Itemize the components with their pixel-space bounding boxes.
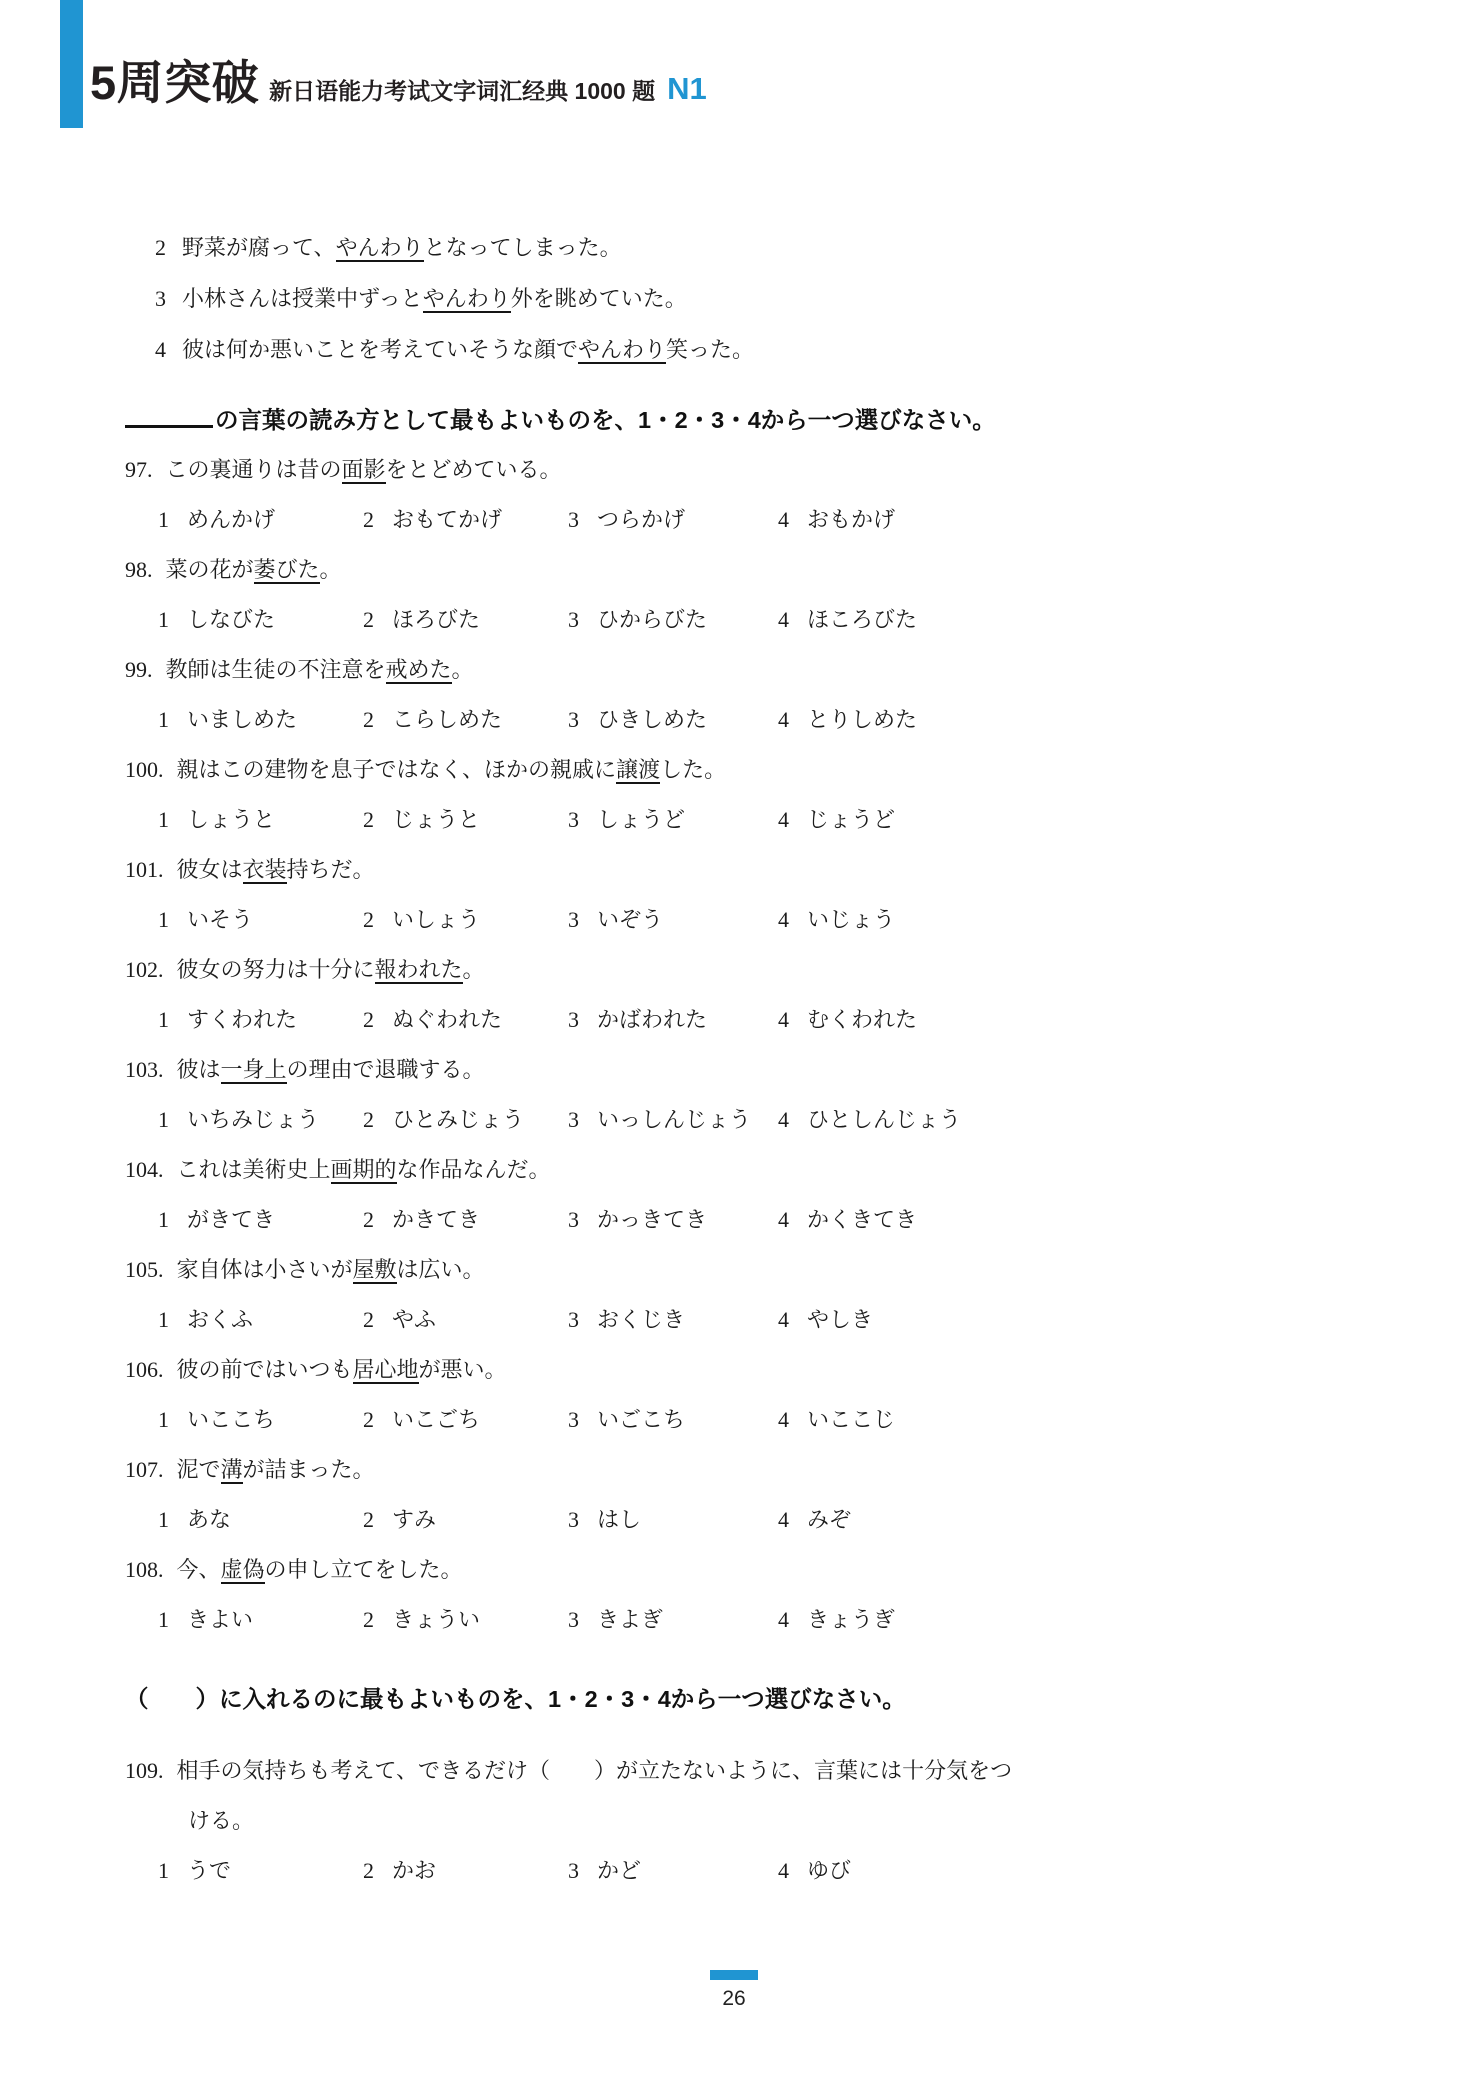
option-text: めんかげ <box>187 507 275 532</box>
sentence-post: が詰まった。 <box>243 1457 375 1482</box>
question-number: 103. <box>125 1045 164 1095</box>
question-sentence: 106.彼の前ではいつも居心地が悪い。 <box>125 1345 1355 1395</box>
option-text: ほろびた <box>392 607 480 632</box>
question-item: 107.泥で溝が詰まった。1あな2すみ3はし4みぞ <box>125 1445 1355 1545</box>
sentence-pre: 彼女は <box>177 857 243 882</box>
option-number: 1 <box>158 1207 169 1232</box>
question-text: 菜の花が萎びた。 <box>166 545 1356 595</box>
question-number: 100. <box>125 745 164 795</box>
option-number: 2 <box>363 1207 374 1232</box>
option: 2ほろびた <box>363 595 568 645</box>
option-text: ひとしんじょう <box>807 1107 961 1132</box>
option: 1きよい <box>158 1595 363 1645</box>
sentence-pre: 彼は何か悪いことを考えていそうな顔で <box>182 337 578 362</box>
question-sentence: 109. 相手の気持ちも考えて、できるだけ（ ）が立たないように、言葉には十分気… <box>125 1746 1355 1796</box>
option-number: 1 <box>158 1007 169 1032</box>
option-text: おもてかげ <box>392 507 502 532</box>
section1-instruction: の言葉の読み方として最もよいものを、1・2・3・4から一つ選びなさい。 <box>125 401 1355 439</box>
option: 4みぞ <box>778 1495 851 1545</box>
option-text: いましめた <box>187 707 297 732</box>
option: 2じょうと <box>363 795 568 845</box>
question-item: 106.彼の前ではいつも居心地が悪い。1いここち2いこごち3いごこち4いここじ <box>125 1345 1355 1445</box>
option-text: ほころびた <box>807 607 917 632</box>
option: 4やしき <box>778 1295 873 1345</box>
page-content: 2野菜が腐って、やんわりとなってしまった。3小林さんは授業中ずっとやんわり外を眺… <box>125 222 1355 1896</box>
sentence-pre: 野菜が腐って、 <box>182 235 336 260</box>
underlined-word: やんわり <box>578 337 666 364</box>
page-footer: 26 <box>0 1970 1468 2011</box>
option-text: やふ <box>392 1307 436 1332</box>
option: 1あな <box>158 1495 363 1545</box>
option: 3おくじき <box>568 1295 778 1345</box>
sentence-pre: 家自体は小さいが <box>177 1257 353 1282</box>
option-text: いこごち <box>392 1407 480 1432</box>
option-text: いそう <box>187 907 253 932</box>
option: 3はし <box>568 1495 778 1545</box>
option-number: 4 <box>778 1507 789 1532</box>
option-number: 3 <box>568 807 579 832</box>
option-text: かど <box>597 1858 641 1883</box>
option-text: いっしんじょう <box>597 1107 751 1132</box>
sentence-post: は広い。 <box>397 1257 485 1282</box>
option-text: きょうぎ <box>807 1607 895 1632</box>
options-row: 1あな2すみ3はし4みぞ <box>125 1495 1355 1545</box>
option-number: 2 <box>363 607 374 632</box>
sentence-post: した。 <box>660 757 726 782</box>
option-number: 3 <box>568 707 579 732</box>
option-number: 3 <box>568 607 579 632</box>
option-number: 2 <box>363 1107 374 1132</box>
option: 2いこごち <box>363 1395 568 1445</box>
option: 2いしょう <box>363 895 568 945</box>
option: 1しょうと <box>158 795 363 845</box>
sentence-pre: 彼は <box>177 1057 221 1082</box>
option-text: じょうと <box>392 807 480 832</box>
question-number: 99. <box>125 645 153 695</box>
question-item: 98.菜の花が萎びた。1しなびた2ほろびた3ひからびた4ほころびた <box>125 545 1355 645</box>
question-109-options: 1うで2かお3かど4ゆび <box>125 1846 1355 1896</box>
question-sentence: 104.これは美術史上画期的な作品なんだ。 <box>125 1145 1355 1195</box>
underlined-word: 屋敷 <box>353 1257 397 1284</box>
question-sentence: 103.彼は一身上の理由で退職する。 <box>125 1045 1355 1095</box>
option-number: 3 <box>568 1858 579 1883</box>
option: 1がきてき <box>158 1195 363 1245</box>
question-sentence: 108.今、虚偽の申し立てをした。 <box>125 1545 1355 1595</box>
question-sentence: 102.彼女の努力は十分に報われた。 <box>125 945 1355 995</box>
option-text: いここじ <box>807 1407 895 1432</box>
option-number: 2 <box>363 1307 374 1332</box>
option-text: あな <box>187 1507 231 1532</box>
sentence-post: 。 <box>320 557 342 582</box>
option: 3ひきしめた <box>568 695 778 745</box>
option-number: 4 <box>778 1407 789 1432</box>
option-text: きょうい <box>392 1607 480 1632</box>
option: 2すみ <box>363 1495 568 1545</box>
sentence-post: 持ちだ。 <box>287 857 375 882</box>
option-text: うで <box>187 1858 231 1883</box>
underlined-word: 報われた <box>375 957 463 984</box>
question-item: 102.彼女の努力は十分に報われた。1すくわれた2ぬぐわれた3かばわれた4むくわ… <box>125 945 1355 1045</box>
sentence-post: をとどめている。 <box>386 457 562 482</box>
question-text: 家自体は小さいが屋敷は広い。 <box>177 1245 1356 1295</box>
options-row: 1いそう2いしょう3いぞう4いじょう <box>125 895 1355 945</box>
option-text: おもかげ <box>807 507 895 532</box>
options-row: 1いましめた2こらしめた3ひきしめた4とりしめた <box>125 695 1355 745</box>
sentence-post: 笑った。 <box>666 337 754 362</box>
option: 2ぬぐわれた <box>363 995 568 1045</box>
option: 3つらかげ <box>568 495 778 545</box>
option-number: 1 <box>158 1858 169 1883</box>
carryover-item: 4彼は何か悪いことを考えていそうな顔でやんわり笑った。 <box>125 324 1355 375</box>
option: 3かど <box>568 1846 778 1896</box>
sentence-pre: 菜の花が <box>166 557 254 582</box>
carryover-sentence: 小林さんは授業中ずっとやんわり外を眺めていた。 <box>182 273 687 324</box>
question-text: 今、虚偽の申し立てをした。 <box>177 1545 1356 1595</box>
carryover-number: 4 <box>155 324 166 375</box>
question-sentence: 101.彼女は衣装持ちだ。 <box>125 845 1355 895</box>
question-sentence: 100.親はこの建物を息子ではなく、ほかの親戚に譲渡した。 <box>125 745 1355 795</box>
question-list: 97.この裏通りは昔の面影をとどめている。1めんかげ2おもてかげ3つらかげ4おも… <box>125 445 1355 1645</box>
sentence-pre: 泥で <box>177 1457 221 1482</box>
option-text: おくじき <box>597 1307 685 1332</box>
options-row: 1いちみじょう2ひとみじょう3いっしんじょう4ひとしんじょう <box>125 1095 1355 1145</box>
option-text: ひとみじょう <box>392 1107 524 1132</box>
option-number: 1 <box>158 1507 169 1532</box>
option-text: すみ <box>392 1507 436 1532</box>
options-row: 1うで2かお3かど4ゆび <box>125 1846 1355 1896</box>
level-badge: N1 <box>667 71 707 107</box>
sentence-post: 。 <box>452 657 474 682</box>
option-text: いここち <box>187 1407 275 1432</box>
sentence-post: 外を眺めていた。 <box>511 286 687 311</box>
question-sentence: 98.菜の花が萎びた。 <box>125 545 1355 595</box>
option-text: きよい <box>187 1607 253 1632</box>
question-number: 102. <box>125 945 164 995</box>
option-number: 4 <box>778 607 789 632</box>
option-text: みぞ <box>807 1507 851 1532</box>
option: 2やふ <box>363 1295 568 1345</box>
option: 3かばわれた <box>568 995 778 1045</box>
option: 4いじょう <box>778 895 895 945</box>
option-text: ひからびた <box>597 607 707 632</box>
question-text: 親はこの建物を息子ではなく、ほかの親戚に譲渡した。 <box>177 745 1356 795</box>
carryover-sentence: 野菜が腐って、やんわりとなってしまった。 <box>182 222 622 273</box>
question-sentence: 107.泥で溝が詰まった。 <box>125 1445 1355 1495</box>
question-109: 109. 相手の気持ちも考えて、できるだけ（ ）が立たないように、言葉には十分気… <box>125 1746 1355 1896</box>
option: 3しょうど <box>568 795 778 845</box>
option-text: すくわれた <box>187 1007 297 1032</box>
question-text: 彼女は衣装持ちだ。 <box>177 845 1356 895</box>
question-text: 泥で溝が詰まった。 <box>177 1445 1356 1495</box>
options-row: 1めんかげ2おもてかげ3つらかげ4おもかげ <box>125 495 1355 545</box>
options-row: 1きよい2きょうい3きよぎ4きょうぎ <box>125 1595 1355 1645</box>
underlined-word: 虚偽 <box>221 1557 265 1584</box>
sentence-post: が悪い。 <box>419 1357 507 1382</box>
carryover-item: 2野菜が腐って、やんわりとなってしまった。 <box>125 222 1355 273</box>
option: 2かお <box>363 1846 568 1896</box>
option-number: 3 <box>568 1007 579 1032</box>
option-text: ゆび <box>807 1858 851 1883</box>
option-text: かばわれた <box>597 1007 707 1032</box>
question-text: 教師は生徒の不注意を戒めた。 <box>166 645 1356 695</box>
option-number: 2 <box>363 1858 374 1883</box>
option-number: 3 <box>568 507 579 532</box>
section2-instruction: （ ）に入れるのに最もよいものを、1・2・3・4から一つ選びなさい。 <box>125 1680 1355 1718</box>
question-text-line2: ける。 <box>125 1796 1355 1846</box>
option: 1うで <box>158 1846 363 1896</box>
option: 2かきてき <box>363 1195 568 1245</box>
option-number: 3 <box>568 907 579 932</box>
option-text: いぞう <box>597 907 663 932</box>
question-sentence: 99.教師は生徒の不注意を戒めた。 <box>125 645 1355 695</box>
option: 1いそう <box>158 895 363 945</box>
option-number: 4 <box>778 1307 789 1332</box>
option: 1すくわれた <box>158 995 363 1045</box>
option: 2こらしめた <box>363 695 568 745</box>
option: 4じょうど <box>778 795 895 845</box>
sentence-pre: 今、 <box>177 1557 221 1582</box>
option-number: 3 <box>568 1107 579 1132</box>
option-number: 2 <box>363 1607 374 1632</box>
question-number: 109. <box>125 1746 164 1796</box>
option: 4きょうぎ <box>778 1595 895 1645</box>
book-header: 5周突破 新日语能力考试文字词汇经典 1000 题 N1 <box>90 46 707 113</box>
option-text: こらしめた <box>392 707 502 732</box>
option-number: 1 <box>158 607 169 632</box>
option-number: 1 <box>158 1607 169 1632</box>
option-text: いちみじょう <box>187 1107 319 1132</box>
option: 1めんかげ <box>158 495 363 545</box>
option-number: 1 <box>158 707 169 732</box>
option: 4むくわれた <box>778 995 917 1045</box>
textbook-page: 5周突破 新日语能力考试文字词汇经典 1000 题 N1 2野菜が腐って、やんわ… <box>0 0 1468 2075</box>
underlined-word: 戒めた <box>386 657 452 684</box>
option: 3ひからびた <box>568 595 778 645</box>
question-sentence: 97.この裏通りは昔の面影をとどめている。 <box>125 445 1355 495</box>
question-item: 104.これは美術史上画期的な作品なんだ。1がきてき2かきてき3かっきてき4かく… <box>125 1145 1355 1245</box>
option: 2ひとみじょう <box>363 1095 568 1145</box>
option-text: かお <box>392 1858 436 1883</box>
option-number: 4 <box>778 707 789 732</box>
question-item: 101.彼女は衣装持ちだ。1いそう2いしょう3いぞう4いじょう <box>125 845 1355 945</box>
option-number: 1 <box>158 907 169 932</box>
option: 3かっきてき <box>568 1195 778 1245</box>
option-number: 4 <box>778 507 789 532</box>
carryover-options: 2野菜が腐って、やんわりとなってしまった。3小林さんは授業中ずっとやんわり外を眺… <box>125 222 1355 375</box>
option: 4ほころびた <box>778 595 917 645</box>
question-number: 104. <box>125 1145 164 1195</box>
option-text: はし <box>597 1507 641 1532</box>
option: 4とりしめた <box>778 695 917 745</box>
sentence-post: な作品なんだ。 <box>397 1157 551 1182</box>
question-number: 106. <box>125 1345 164 1395</box>
question-number: 108. <box>125 1545 164 1595</box>
underlined-word: 居心地 <box>353 1357 419 1384</box>
sentence-pre: これは美術史上 <box>177 1157 331 1182</box>
option: 1いここち <box>158 1395 363 1445</box>
underlined-word: 譲渡 <box>616 757 660 784</box>
option-text: しょうど <box>597 807 685 832</box>
option: 4いここじ <box>778 1395 895 1445</box>
options-row: 1いここち2いこごち3いごこち4いここじ <box>125 1395 1355 1445</box>
option-number: 1 <box>158 1307 169 1332</box>
option-text: おくふ <box>187 1307 253 1332</box>
underlined-word: やんわり <box>423 286 511 313</box>
carryover-number: 3 <box>155 273 166 324</box>
sentence-pre: この裏通りは昔の <box>166 457 342 482</box>
option-text: がきてき <box>187 1207 275 1232</box>
option-number: 3 <box>568 1307 579 1332</box>
question-item: 99.教師は生徒の不注意を戒めた。1いましめた2こらしめた3ひきしめた4とりしめ… <box>125 645 1355 745</box>
sentence-post: となってしまった。 <box>424 235 622 260</box>
option: 2おもてかげ <box>363 495 568 545</box>
option-number: 2 <box>363 807 374 832</box>
option-number: 2 <box>363 1007 374 1032</box>
underlined-word: 溝 <box>221 1457 243 1484</box>
section2-text: （ ）に入れるのに最もよいものを、1・2・3・4から一つ選びなさい。 <box>125 1686 906 1712</box>
option: 4ゆび <box>778 1846 851 1896</box>
option-number: 4 <box>778 907 789 932</box>
option: 4ひとしんじょう <box>778 1095 961 1145</box>
book-subtitle: 新日语能力考试文字词汇经典 1000 题 <box>269 73 655 106</box>
option-number: 3 <box>568 1507 579 1532</box>
question-number: 98. <box>125 545 153 595</box>
option-number: 4 <box>778 1207 789 1232</box>
option: 4おもかげ <box>778 495 895 545</box>
option-text: いしょう <box>392 907 480 932</box>
option-text: とりしめた <box>807 707 917 732</box>
option-text: しょうと <box>187 807 275 832</box>
underlined-word: やんわり <box>336 235 424 262</box>
option-number: 2 <box>363 907 374 932</box>
sentence-post: 。 <box>463 957 485 982</box>
underlined-word: 一身上 <box>221 1057 287 1084</box>
option: 1おくふ <box>158 1295 363 1345</box>
question-text: この裏通りは昔の面影をとどめている。 <box>166 445 1356 495</box>
series-title: 5周突破 <box>90 46 259 113</box>
option-text: しなびた <box>187 607 275 632</box>
option: 4かくきてき <box>778 1195 917 1245</box>
option: 1しなびた <box>158 595 363 645</box>
option-text: いごこち <box>597 1407 685 1432</box>
sentence-pre: 彼の前ではいつも <box>177 1357 353 1382</box>
option-number: 2 <box>363 507 374 532</box>
underlined-word: 面影 <box>342 457 386 484</box>
carryover-number: 2 <box>155 222 166 273</box>
option: 1いちみじょう <box>158 1095 363 1145</box>
header-accent-bar <box>60 0 83 128</box>
option-text: つらかげ <box>597 507 685 532</box>
option-number: 4 <box>778 807 789 832</box>
option: 3きよぎ <box>568 1595 778 1645</box>
option-number: 4 <box>778 1607 789 1632</box>
option-text: かくきてき <box>807 1207 917 1232</box>
option-text: じょうど <box>807 807 895 832</box>
question-item: 97.この裏通りは昔の面影をとどめている。1めんかげ2おもてかげ3つらかげ4おも… <box>125 445 1355 545</box>
option-number: 3 <box>568 1407 579 1432</box>
sentence-pre: 小林さんは授業中ずっと <box>182 286 423 311</box>
sentence-post: の申し立てをした。 <box>265 1557 463 1582</box>
option-number: 4 <box>778 1107 789 1132</box>
question-item: 108.今、虚偽の申し立てをした。1きよい2きょうい3きよぎ4きょうぎ <box>125 1545 1355 1645</box>
options-row: 1おくふ2やふ3おくじき4やしき <box>125 1295 1355 1345</box>
option-number: 1 <box>158 507 169 532</box>
options-row: 1しょうと2じょうと3しょうど4じょうど <box>125 795 1355 845</box>
option-number: 4 <box>778 1858 789 1883</box>
option-number: 2 <box>363 707 374 732</box>
underlined-word: 画期的 <box>331 1157 397 1184</box>
question-item: 105.家自体は小さいが屋敷は広い。1おくふ2やふ3おくじき4やしき <box>125 1245 1355 1345</box>
question-sentence: 105.家自体は小さいが屋敷は広い。 <box>125 1245 1355 1295</box>
option-text: いじょう <box>807 907 895 932</box>
option-number: 2 <box>363 1407 374 1432</box>
option-number: 3 <box>568 1207 579 1232</box>
option: 3いごこち <box>568 1395 778 1445</box>
option-text: やしき <box>807 1307 873 1332</box>
question-text: 彼の前ではいつも居心地が悪い。 <box>177 1345 1356 1395</box>
section1-text: の言葉の読み方として最もよいものを、1・2・3・4から一つ選びなさい。 <box>215 407 996 433</box>
question-text: 彼は一身上の理由で退職する。 <box>177 1045 1356 1095</box>
question-number: 97. <box>125 445 153 495</box>
option: 1いましめた <box>158 695 363 745</box>
question-item: 100.親はこの建物を息子ではなく、ほかの親戚に譲渡した。1しょうと2じょうと3… <box>125 745 1355 845</box>
footer-accent-bar <box>710 1970 758 1980</box>
question-text-line1: 相手の気持ちも考えて、できるだけ（ ）が立たないように、言葉には十分気をつ <box>177 1746 1356 1796</box>
option: 3いっしんじょう <box>568 1095 778 1145</box>
question-number: 107. <box>125 1445 164 1495</box>
sentence-pre: 教師は生徒の不注意を <box>166 657 386 682</box>
option-number: 1 <box>158 1107 169 1132</box>
page-number: 26 <box>0 1987 1468 2011</box>
option-number: 3 <box>568 1607 579 1632</box>
option: 3いぞう <box>568 895 778 945</box>
option-number: 1 <box>158 807 169 832</box>
sentence-pre: 親はこの建物を息子ではなく、ほかの親戚に <box>177 757 617 782</box>
options-row: 1すくわれた2ぬぐわれた3かばわれた4むくわれた <box>125 995 1355 1045</box>
carryover-sentence: 彼は何か悪いことを考えていそうな顔でやんわり笑った。 <box>182 324 754 375</box>
option-text: ひきしめた <box>597 707 707 732</box>
question-number: 105. <box>125 1245 164 1295</box>
blank-underline <box>125 425 213 428</box>
option-text: きよぎ <box>597 1607 663 1632</box>
sentence-post: の理由で退職する。 <box>287 1057 485 1082</box>
question-text: これは美術史上画期的な作品なんだ。 <box>177 1145 1356 1195</box>
sentence-pre: 彼女の努力は十分に <box>177 957 375 982</box>
question-text: 彼女の努力は十分に報われた。 <box>177 945 1356 995</box>
underlined-word: 萎びた <box>254 557 320 584</box>
options-row: 1がきてき2かきてき3かっきてき4かくきてき <box>125 1195 1355 1245</box>
question-item: 103.彼は一身上の理由で退職する。1いちみじょう2ひとみじょう3いっしんじょう… <box>125 1045 1355 1145</box>
underlined-word: 衣装 <box>243 857 287 884</box>
option-text: ぬぐわれた <box>392 1007 502 1032</box>
option-number: 4 <box>778 1007 789 1032</box>
question-number: 101. <box>125 845 164 895</box>
options-row: 1しなびた2ほろびた3ひからびた4ほころびた <box>125 595 1355 645</box>
option-text: かきてき <box>392 1207 480 1232</box>
option-number: 2 <box>363 1507 374 1532</box>
carryover-item: 3小林さんは授業中ずっとやんわり外を眺めていた。 <box>125 273 1355 324</box>
option-text: むくわれた <box>807 1007 917 1032</box>
option-number: 1 <box>158 1407 169 1432</box>
option: 2きょうい <box>363 1595 568 1645</box>
option-text: かっきてき <box>597 1207 707 1232</box>
